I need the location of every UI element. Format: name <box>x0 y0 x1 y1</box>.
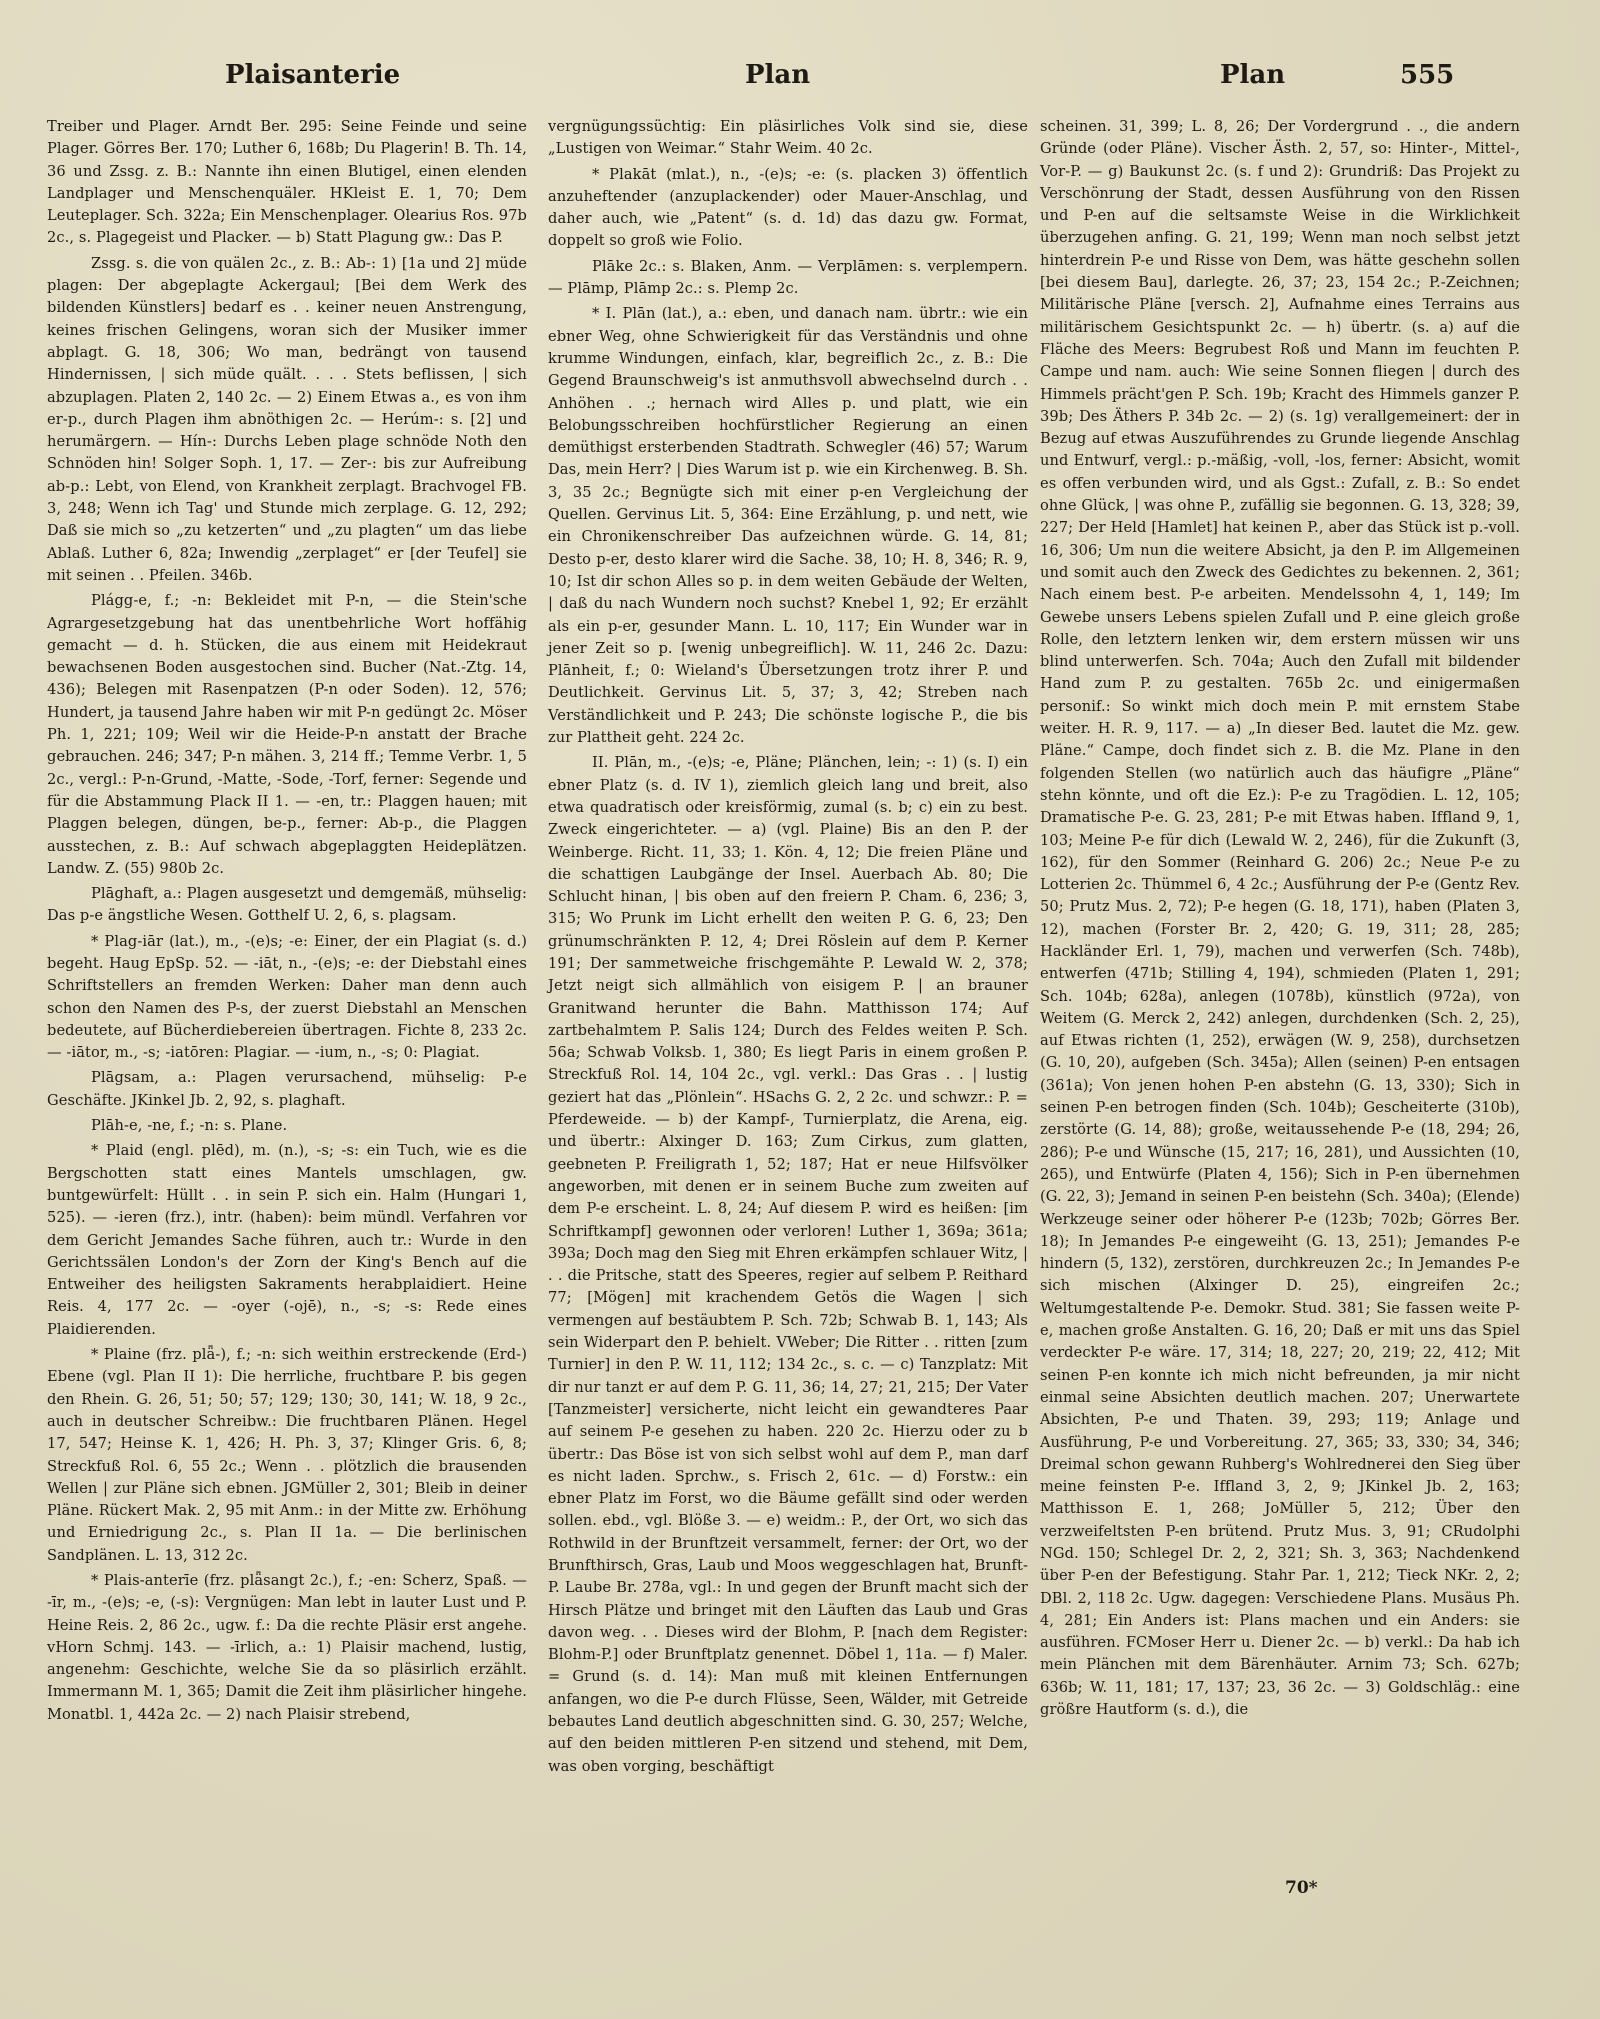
entry-plakat: * Plakāt (mlat.), n., -(e)s; -e: (s. pla… <box>548 164 1028 253</box>
signature-mark: 70* <box>1285 1878 1318 1898</box>
entry-zssg-plagen: Zssg. s. die von quälen 2c., z. B.: Ab-:… <box>47 253 527 587</box>
running-head-left: Plaisanterie <box>225 60 400 90</box>
page-number: 555 <box>1400 60 1454 90</box>
entry-plahe: Plāh-e, -ne, f.; -n: s. Plane. <box>47 1115 527 1137</box>
entry-plaid: * Plaid (engl. plēd), m. (n.), -s; -s: e… <box>47 1140 527 1341</box>
entry-plan-adjective: * I. Plān (lat.), a.: eben, und danach n… <box>548 303 1028 749</box>
column-2: vergnügungssüchtig: Ein pläsirliches Vol… <box>548 116 1028 1778</box>
running-head-center: Plan <box>745 60 810 90</box>
entry-plake: Plāke 2c.: s. Blaken, Anm. — Verplāmen: … <box>548 256 1028 301</box>
entry-plaine: * Plaine (frz. plǟ-), f.; -n: sich weith… <box>47 1344 527 1567</box>
entry-plaisanterie: * Plais-anterīe (frz. plǟsangt 2c.), f.;… <box>47 1570 527 1726</box>
entry-plagsam: Plāgsam, a.: Plagen verursachend, mühsel… <box>47 1067 527 1112</box>
entry-plagiar: * Plag-iār (lat.), m., -(e)s; -e: Einer,… <box>47 931 527 1065</box>
column-1: Treiber und Plager. Arndt Ber. 295: Sein… <box>47 116 527 1726</box>
running-head: Plaisanterie Plan Plan 555 <box>40 60 1570 100</box>
entry-continuation: Treiber und Plager. Arndt Ber. 295: Sein… <box>47 116 527 250</box>
entry-continuation: vergnügungssüchtig: Ein pläsirliches Vol… <box>548 116 1028 161</box>
entry-plagge: Plágg-e, f.; -n: Bekleidet mit P-n, — di… <box>47 590 527 880</box>
running-head-right: Plan <box>1220 60 1285 90</box>
entry-plaghaft: Plāghaft, a.: Plagen ausgesetzt und demg… <box>47 883 527 928</box>
column-3: scheinen. 31, 399; L. 8, 26; Der Vorderg… <box>1040 116 1520 1721</box>
entry-plan-noun-continuation: scheinen. 31, 399; L. 8, 26; Der Vorderg… <box>1040 116 1520 1721</box>
entry-plan-noun: II. Plān, m., -(e)s; -e, Pläne; Plänchen… <box>548 752 1028 1778</box>
dictionary-page: Plaisanterie Plan Plan 555 Treiber und P… <box>40 0 1570 2019</box>
